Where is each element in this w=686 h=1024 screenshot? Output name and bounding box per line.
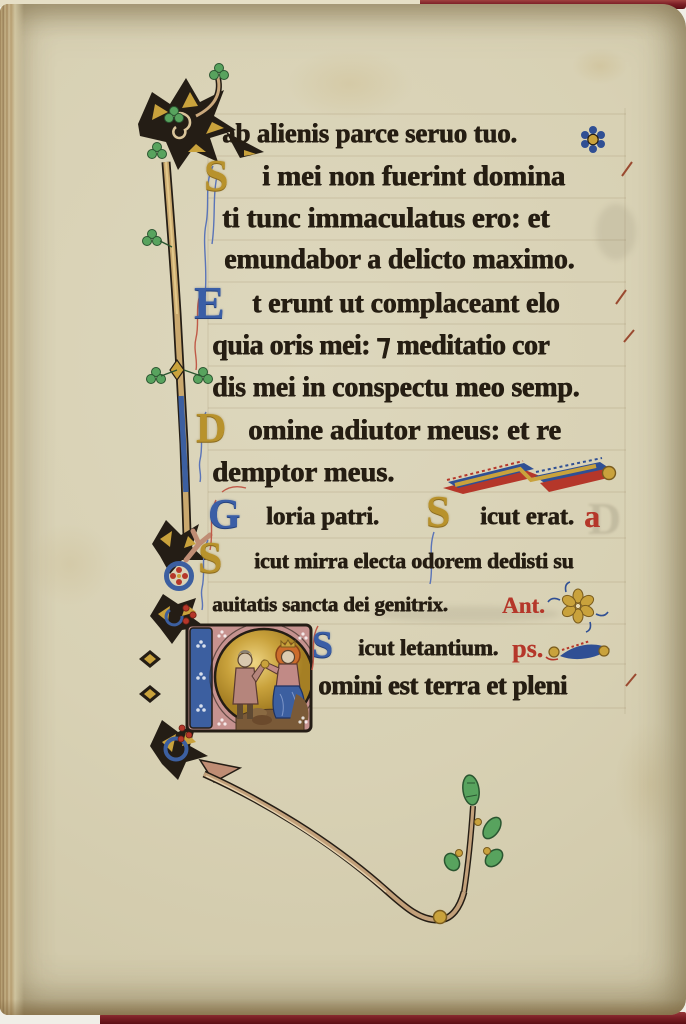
marginal-border <box>138 64 506 924</box>
illuminated-initial-G: G <box>208 494 241 536</box>
text-line-5: t erunt ut complaceant elo <box>252 290 559 318</box>
rubric-ps: ps. <box>512 636 543 662</box>
ruling-lines <box>208 108 626 714</box>
text-line-12: auitatis sancta dei genitrix. <box>212 594 448 615</box>
rubric-antiphon-cue: a <box>584 500 600 532</box>
gold-rosette-icon <box>548 582 608 632</box>
manuscript-page: D ab alienis parce seruo tuo. S i mei no… <box>0 4 686 1015</box>
flower-filler-icon <box>581 126 605 153</box>
text-line-9: demptor meus. <box>212 458 394 487</box>
text-line-4: emundabor a delicto maximo. <box>224 246 574 274</box>
text-line-2: i mei non fuerint domina <box>262 162 565 191</box>
illuminated-initial-D: D <box>196 408 226 450</box>
bar-filler-icon <box>546 641 610 660</box>
illuminated-initial-S: S <box>204 154 228 198</box>
text-line-3: ti tunc immaculatus ero: et <box>222 204 550 233</box>
text-line-10b: icut erat. <box>480 504 574 529</box>
text-line-7: dis mei in conspectu meo semp. <box>212 374 579 402</box>
illuminated-initial-S4: S <box>312 626 333 664</box>
illuminated-initial-S3: S <box>198 536 222 580</box>
rubric-ant: Ant. <box>502 594 545 617</box>
illuminated-initial-S2: S <box>426 490 450 534</box>
zigzag-filler-icon <box>443 458 616 494</box>
text-line-10a: loria patri. <box>266 504 379 529</box>
historiated-initial-D <box>187 623 318 731</box>
text-line-11: icut mirra electa odorem dedisti su <box>254 550 573 572</box>
text-line-14: omini est terra et pleni <box>318 672 567 699</box>
illuminated-initial-E: E <box>194 280 225 326</box>
showthrough-smudge <box>596 204 636 260</box>
text-line-1: ab alienis parce seruo tuo. <box>222 120 517 147</box>
text-line-6: quia oris mei: ⁊ meditatio cor <box>212 332 549 360</box>
text-line-13: icut letantium. <box>358 636 498 659</box>
text-line-8: omine adiutor meus: et re <box>248 416 561 445</box>
